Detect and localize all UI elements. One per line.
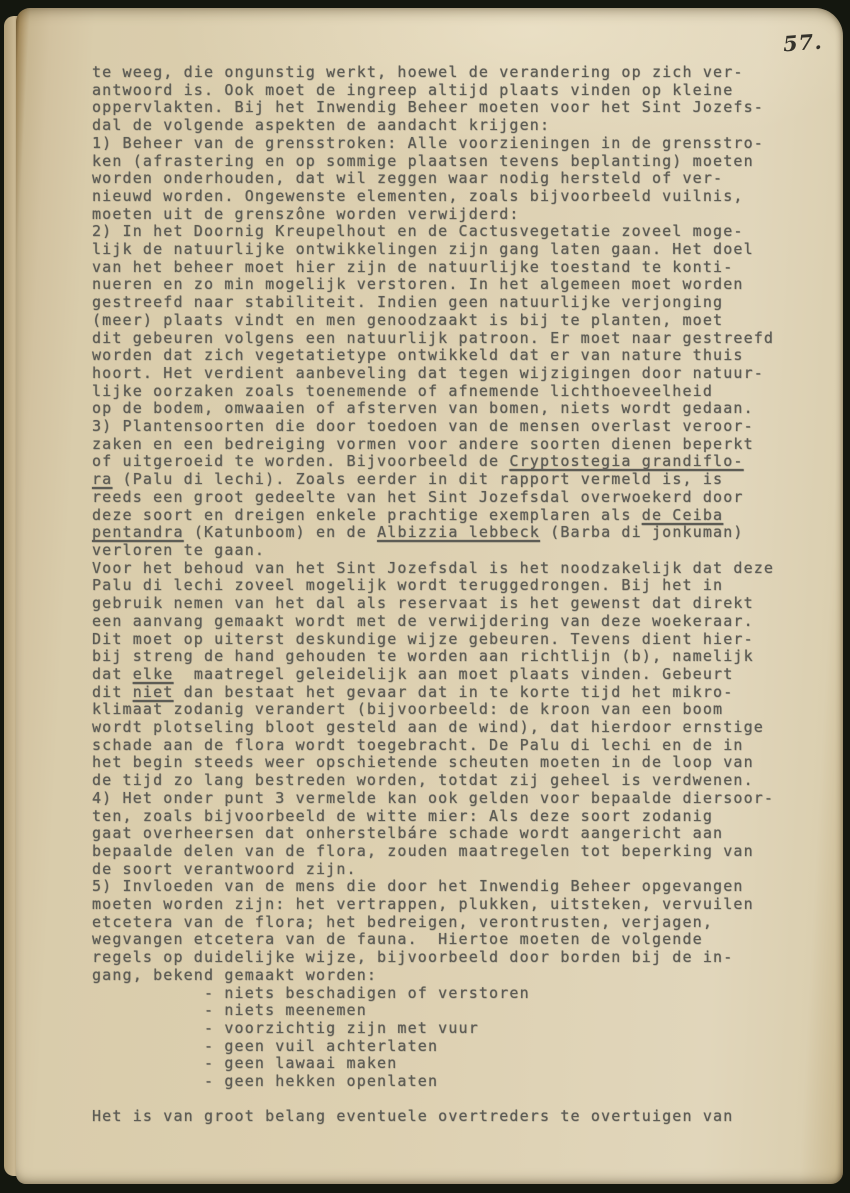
text-line: gestreefd naar stabiliteit. Indien geen … xyxy=(92,294,825,312)
text-line: hoort. Het verdient aanbeveling dat tege… xyxy=(92,365,825,383)
text-line: lijk de natuurlijke ontwikkelingen zijn … xyxy=(92,241,825,259)
text-line: - geen vuil achterlaten xyxy=(92,1038,825,1056)
text-line: klimaat zodanig verandert (bijvoorbeeld:… xyxy=(92,701,825,719)
text-line: wegvangen etcetera van de fauna. Hiertoe… xyxy=(92,931,825,949)
text-line: moeten uit de grenszône worden verwijder… xyxy=(92,206,825,224)
text-line: wordt plotseling bloot gesteld aan de wi… xyxy=(92,719,825,737)
text-line: op de bodem, omwaaien of afsterven van b… xyxy=(92,400,825,418)
text-line: nueren en zo min mogelijk verstoren. In … xyxy=(92,276,825,294)
text-line: regels op duidelijke wijze, bijvoorbeeld… xyxy=(92,949,825,967)
text-line: moeten worden zijn: het vertrappen, pluk… xyxy=(92,896,825,914)
text-line: bepaalde delen van de flora, zouden maat… xyxy=(92,843,825,861)
text-line: 2) In het Doornig Kreupelhout en de Cact… xyxy=(92,223,825,241)
text-line: de soort verantwoord zijn. xyxy=(92,861,825,879)
text-line: de tijd zo lang bestreden worden, totdat… xyxy=(92,772,825,790)
text-line: worden dat zich vegetatietype ontwikkeld… xyxy=(92,347,825,365)
text-line: verloren te gaan. xyxy=(92,542,825,560)
text-line: zaken en een bedreiging vormen voor ande… xyxy=(92,436,825,454)
text-line: of uitgeroeid te worden. Bijvoorbeeld de… xyxy=(92,453,825,471)
text-line: te weeg, die ongunstig werkt, hoewel de … xyxy=(92,64,825,82)
typewritten-text-block: te weeg, die ongunstig werkt, hoewel de … xyxy=(92,64,825,1126)
text-line: Voor het behoud van het Sint Jozefsdal i… xyxy=(92,560,825,578)
text-line: van het beheer moet hier zijn de natuurl… xyxy=(92,259,825,277)
text-line: ten, zoals bijvoorbeeld de witte mier: A… xyxy=(92,808,825,826)
text-line: schade aan de flora wordt toegebracht. D… xyxy=(92,737,825,755)
text-line: dal de volgende aspekten de aandacht kri… xyxy=(92,117,825,135)
text-line: dit niet dan bestaat het gevaar dat in t… xyxy=(92,684,825,702)
handwritten-page-number: 57. xyxy=(783,29,824,57)
text-line: deze soort en dreigen enkele prachtige e… xyxy=(92,507,825,525)
text-line: oppervlakten. Bij het Inwendig Beheer mo… xyxy=(92,99,825,117)
text-line xyxy=(92,1091,825,1109)
text-line: ken (afrastering en op sommige plaatsen … xyxy=(92,153,825,171)
text-line: - geen hekken openlaten xyxy=(92,1073,825,1091)
text-line: gebruik nemen van het dal als reservaat … xyxy=(92,595,825,613)
text-line: - geen lawaai maken xyxy=(92,1055,825,1073)
text-line: etcetera van de flora; het bedreigen, ve… xyxy=(92,914,825,932)
text-line: 4) Het onder punt 3 vermelde kan ook gel… xyxy=(92,790,825,808)
text-line: gang, bekend gemaakt worden: xyxy=(92,967,825,985)
text-line: lijke oorzaken zoals toenemende of afnem… xyxy=(92,383,825,401)
text-line: (meer) plaats vindt en men genoodzaakt i… xyxy=(92,312,825,330)
text-line: - niets beschadigen of verstoren xyxy=(92,985,825,1003)
text-line: dat elke maatregel geleidelijk aan moet … xyxy=(92,666,825,684)
text-line: worden onderhouden, dat wil zeggen waar … xyxy=(92,170,825,188)
text-line: Het is van groot belang eventuele overtr… xyxy=(92,1108,825,1126)
text-line: dit gebeuren volgens een natuurlijk patr… xyxy=(92,330,825,348)
text-line: Dit moet op uiterst deskundige wijze geb… xyxy=(92,631,825,649)
text-line: gaat overheersen dat onherstelbáre schad… xyxy=(92,825,825,843)
text-line: 3) Plantensoorten die door toedoen van d… xyxy=(92,418,825,436)
text-line: antwoord is. Ook moet de ingreep altijd … xyxy=(92,82,825,100)
text-line: bij streng de hand gehouden te worden aa… xyxy=(92,648,825,666)
scanned-page: 57. te weeg, die ongunstig werkt, hoewel… xyxy=(16,8,843,1184)
text-line: pentandra (Katunboom) en de Albizzia leb… xyxy=(92,524,825,542)
text-line: nieuwd worden. Ongewenste elementen, zoa… xyxy=(92,188,825,206)
text-line: 5) Invloeden van de mens die door het In… xyxy=(92,878,825,896)
text-line: een aanvang gemaakt wordt met de verwijd… xyxy=(92,613,825,631)
text-line: Palu di lechi zoveel mogelijk wordt teru… xyxy=(92,577,825,595)
text-line: reeds een groot gedeelte van het Sint Jo… xyxy=(92,489,825,507)
text-line: het begin steeds weer opschietende scheu… xyxy=(92,754,825,772)
text-line: - voorzichtig zijn met vuur xyxy=(92,1020,825,1038)
text-line: - niets meenemen xyxy=(92,1002,825,1020)
text-line: 1) Beheer van de grensstroken: Alle voor… xyxy=(92,135,825,153)
text-line: ra (Palu di lechi). Zoals eerder in dit … xyxy=(92,471,825,489)
scanner-background: { "page": { "number": "57.", "colors": {… xyxy=(0,0,850,1193)
